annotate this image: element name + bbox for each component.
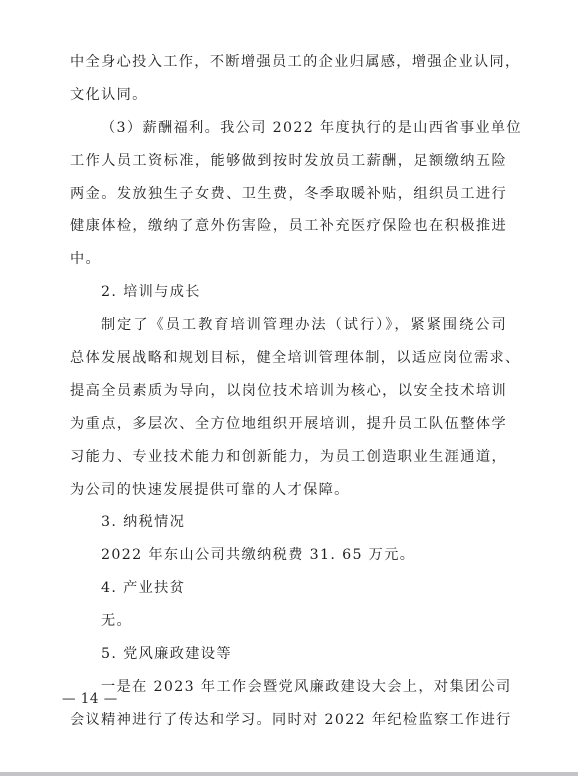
text-line: 2022 年东山公司共缴纳税费 31. 65 万元。 [70, 539, 510, 572]
text-line: 两金。发放独生子女费、卫生费，冬季取暖补贴，组织员工进行 [70, 178, 507, 211]
text-line: 工作人员工资标准，能够做到按时发放员工薪酬，足额缴纳五险 [70, 145, 507, 178]
section-heading: 3. 纳税情况 [70, 506, 510, 539]
text-line: 为公司的快速发展提供可靠的人才保障。 [70, 474, 510, 507]
text-line: 提高全员素质为导向，以岗位技术培训为核心，以安全技术培训 [70, 375, 507, 408]
text-line: 健康体检，缴纳了意外伤害险，员工补充医疗保险也在积极推进 [70, 210, 507, 243]
section-heading: 2. 培训与成长 [70, 276, 510, 309]
text-line: 一是在 2023 年工作会暨党风廉政建设大会上，对集团公司 [70, 671, 507, 704]
page-bottom-border [0, 772, 578, 776]
text-line: 无。 [70, 605, 510, 638]
text-line: 习能力、专业技术能力和创新能力，为员工创造职业生涯通道， [70, 441, 507, 474]
document-page: 中全身心投入工作，不断增强员工的企业归属感，增强企业认同， 文化认同。 （3）薪… [0, 0, 578, 772]
page-number: — 14 — [62, 689, 118, 709]
section-heading: 4. 产业扶贫 [70, 572, 510, 605]
section-heading: 5. 党风廉政建设等 [70, 638, 510, 671]
text-line: 中。 [70, 243, 510, 276]
text-line: 为重点，多层次、全方位地组织开展培训，提升员工队伍整体学 [70, 408, 507, 441]
text-line: （3）薪酬福利。我公司 2022 年度执行的是山西省事业单位 [70, 112, 507, 145]
text-line: 文化认同。 [70, 79, 510, 112]
text-line: 制定了《员工教育培训管理办法（试行）》，紧紧围绕公司 [70, 309, 507, 342]
text-line: 会议精神进行了传达和学习。同时对 2022 年纪检监察工作进行 [70, 704, 507, 737]
text-line: 总体发展战略和规划目标，健全培训管理体制，以适应岗位需求、 [70, 342, 507, 375]
document-body: 中全身心投入工作，不断增强员工的企业归属感，增强企业认同， 文化认同。 （3）薪… [70, 46, 510, 737]
text-line: 中全身心投入工作，不断增强员工的企业归属感，增强企业认同， [70, 46, 507, 79]
